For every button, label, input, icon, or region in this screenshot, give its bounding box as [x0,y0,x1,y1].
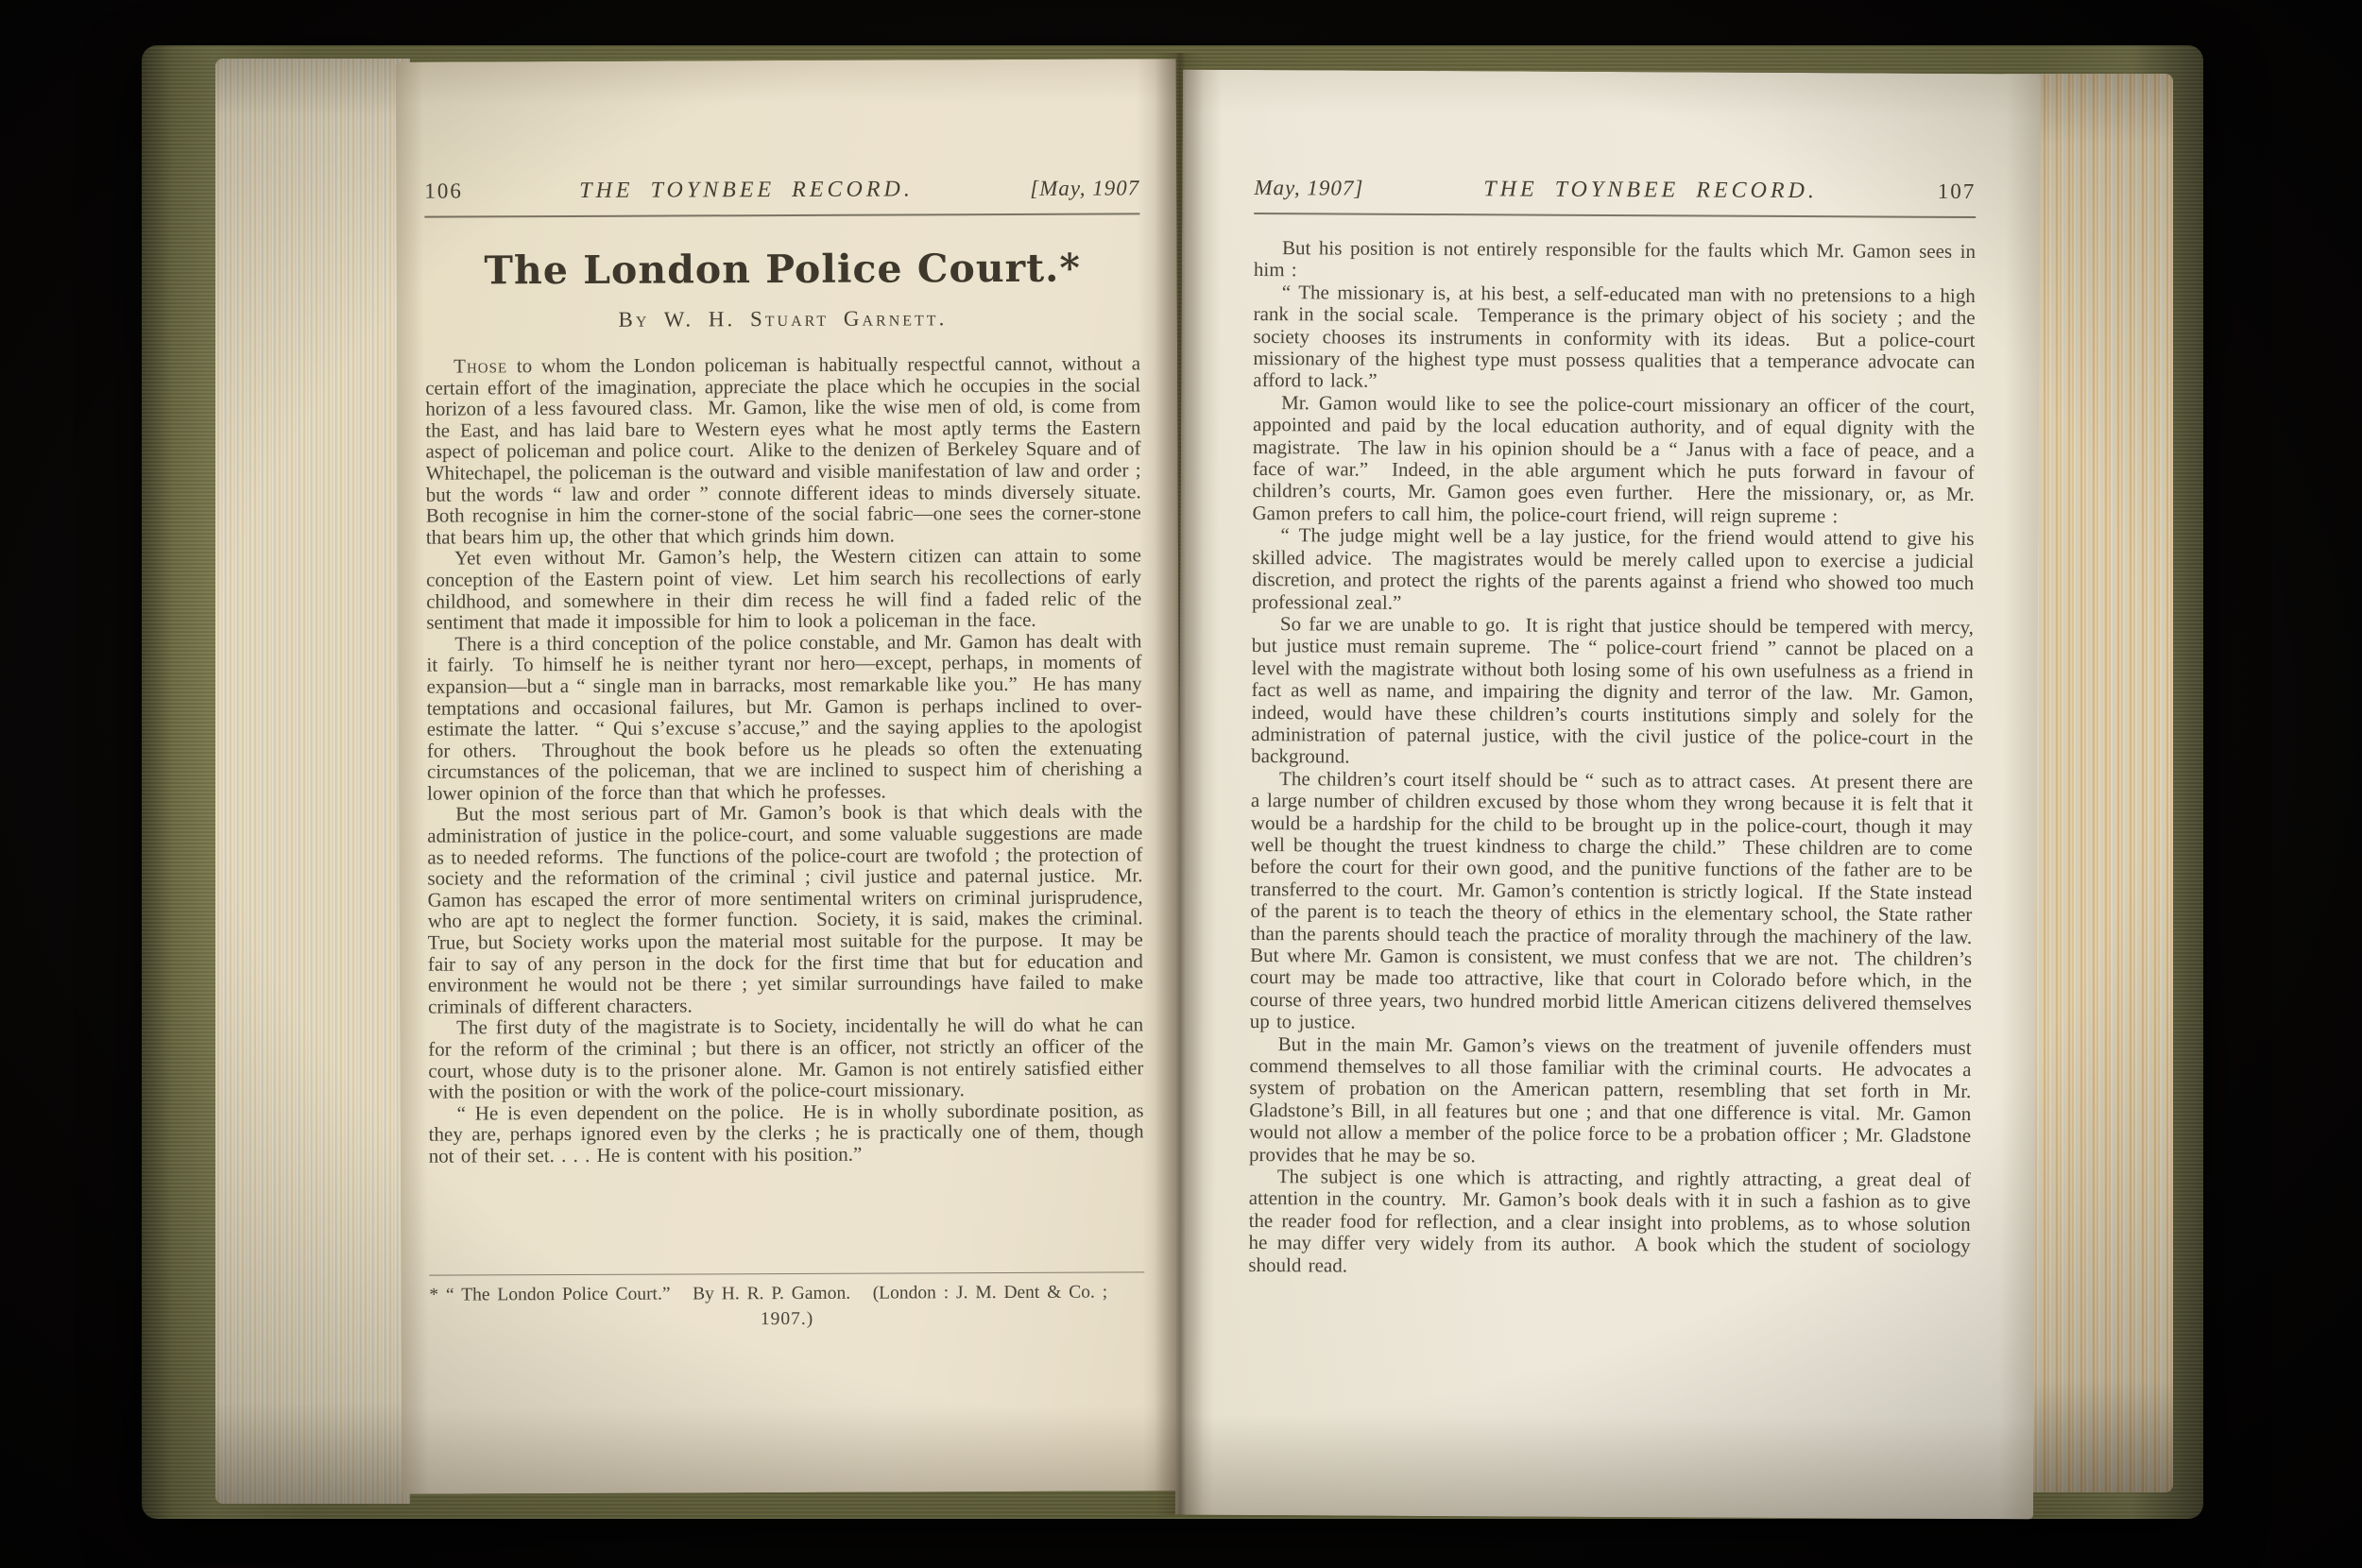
running-header-right: May, 1907] THE TOYNBEE RECORD. 107 [1254,176,1976,205]
paragraph: Yet even without Mr. Gamon’s help, the W… [426,545,1141,634]
paragraph: So far we are unable to go. It is right … [1251,613,1974,772]
paragraph: Those to whom the London policeman is ha… [425,352,1141,548]
page-edges-left [215,59,410,1504]
paragraph: “ He is even dependent on the police. He… [429,1099,1144,1167]
header-rule [424,213,1139,217]
page-left: 106 THE TOYNBEE RECORD. [May, 1907 The L… [396,59,1183,1494]
article-body-left: Those to whom the London policeman is ha… [425,352,1144,1167]
page-right: May, 1907] THE TOYNBEE RECORD. 107 But h… [1175,70,2041,1520]
paragraph: The first duty of the magistrate is to S… [428,1014,1143,1103]
footnote-rule [429,1271,1144,1275]
footnote: * “ The London Police Court.” By H. R. P… [429,1271,1144,1331]
page-number: 106 [424,179,463,204]
paragraph: The children’s court itself should be “ … [1250,768,1973,1037]
book: 106 THE TOYNBEE RECORD. [May, 1907 The L… [142,45,2203,1519]
paragraph: The subject is one which is attracting, … [1248,1166,1971,1280]
page-number: 107 [1938,179,1977,204]
journal-title: THE TOYNBEE RECORD. [1483,177,1818,204]
paragraph: But the most serious part of Mr. Gamon’s… [427,801,1143,1017]
footnote-text: * “ The London Police Court.” By H. R. P… [429,1282,1144,1305]
article-body-right: But his position is not entirely respons… [1248,237,1976,1280]
date-label: May, 1907] [1254,176,1363,201]
paragraph: Mr. Gamon would like to see the police-c… [1252,392,1975,528]
header-rule [1254,213,1976,218]
paragraph: But in the main Mr. Gamon’s views on the… [1249,1033,1972,1169]
photo-background: { "photo": { "background_color": "#0a080… [0,0,2362,1568]
paragraph: There is a third conception of the polic… [426,630,1142,804]
paragraph: “ The judge might well be a lay justice,… [1252,524,1974,617]
byline: By W. H. Stuart Garnett. [425,305,1140,332]
article-title: The London Police Court.* [425,245,1140,293]
paragraph: But his position is not entirely respons… [1254,237,1976,285]
paragraph: “ The missionary is, at his best, a self… [1253,281,1976,396]
running-header-left: 106 THE TOYNBEE RECORD. [May, 1907 [424,176,1139,204]
date-label: [May, 1907 [1030,176,1139,201]
lead-word: Those [454,354,507,377]
footnote-text-continued: 1907.) [429,1307,1144,1331]
journal-title: THE TOYNBEE RECORD. [579,177,914,204]
